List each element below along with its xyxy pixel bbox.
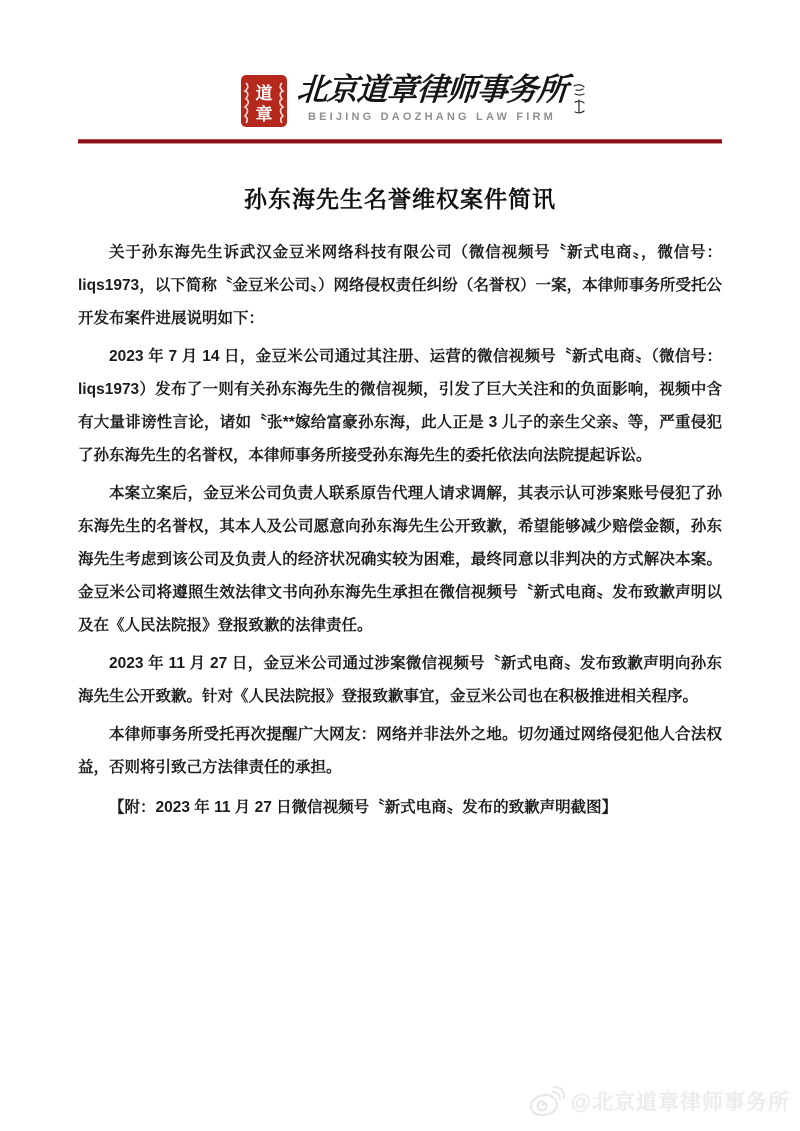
seal-char-top: 道 (256, 83, 273, 103)
letterhead: 道 章 北京道章律师事务所 BEIJING DAOZHANG LAW FIRM (0, 70, 800, 127)
red-divider-line (78, 139, 722, 144)
paragraph-intro: 关于孙东海先生诉武汉金豆米网络科技有限公司（微信视频号〝新式电商〟，微信号：li… (78, 236, 722, 335)
attachment-note: 【附：2023 年 11 月 27 日微信视频号〝新式电商〟发布的致歉声明截图】 (78, 791, 722, 824)
paragraph-mediation: 本案立案后，金豆米公司负责人联系原告代理人请求调解，其表示认可涉案账号侵犯了孙东… (78, 477, 722, 642)
paragraph-incident: 2023 年 7 月 14 日，金豆米公司通过其注册、运营的微信视频号〝新式电商… (78, 340, 722, 472)
seal-char-bottom: 章 (256, 104, 273, 124)
document-page: 道 章 北京道章律师事务所 BEIJING DAOZHANG LAW FIRM … (0, 0, 800, 1131)
watermark-handle: @北京道章律师事务所 (571, 1086, 790, 1116)
red-seal-stamp-icon: 道 章 (241, 75, 287, 127)
weibo-watermark: @北京道章律师事务所 (529, 1086, 790, 1116)
weibo-icon (529, 1086, 565, 1116)
firm-name-english: BEIJING DAOZHANG LAW FIRM (297, 111, 567, 123)
handwritten-signature-mark-icon (571, 82, 587, 116)
document-title: 孙东海先生名誉维权案件简讯 (0, 181, 800, 214)
paragraph-apology: 2023 年 11 月 27 日，金豆米公司通过涉案微信视频号〝新式电商〟发布致… (78, 647, 722, 713)
paragraph-reminder: 本律师事务所受托再次提醒广大网友：网络并非法外之地。切勿通过网络侵犯他人合法权益… (78, 718, 722, 784)
document-body: 关于孙东海先生诉武汉金豆米网络科技有限公司（微信视频号〝新式电商〟，微信号：li… (78, 236, 722, 829)
firm-name-calligraphy: 北京道章律师事务所 (296, 70, 569, 110)
firm-name-block: 北京道章律师事务所 BEIJING DAOZHANG LAW FIRM (297, 70, 567, 123)
